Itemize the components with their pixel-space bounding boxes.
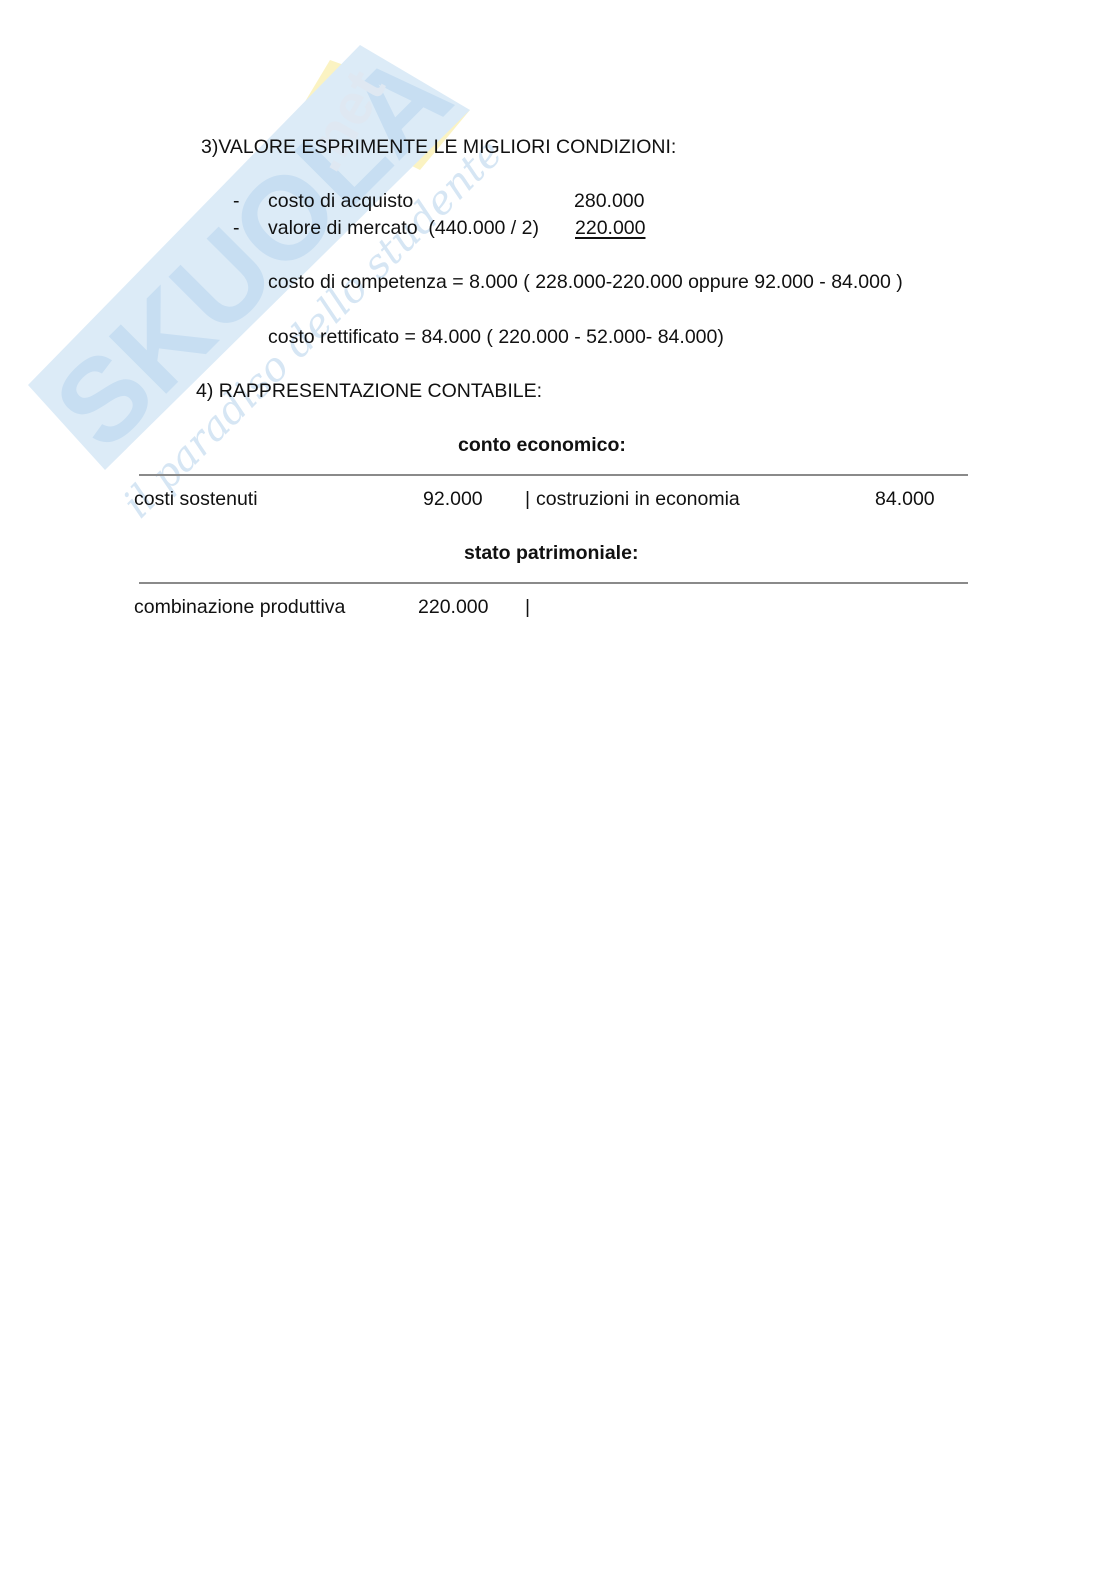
- sp-left-value: 220.000: [418, 596, 489, 618]
- conto-economico-rule: [139, 474, 968, 476]
- costo-rettificato-line: costo rettificato = 84.000 ( 220.000 - 5…: [268, 326, 724, 348]
- document-page: SKUOLA .net il paradiso dello studente 3…: [0, 0, 1118, 1579]
- skuola-watermark-logo: SKUOLA .net il paradiso dello studente: [0, 0, 520, 520]
- ce-left-label: costi sostenuti: [134, 488, 258, 510]
- stato-patrimoniale-rule: [139, 582, 968, 584]
- stato-patrimoniale-title: stato patrimoniale:: [464, 542, 638, 564]
- sp-left-label: combinazione produttiva: [134, 596, 345, 618]
- ce-right-label: costruzioni in economia: [536, 488, 740, 510]
- watermark-tld-text: .net: [290, 60, 398, 182]
- conto-economico-title: conto economico:: [458, 434, 626, 456]
- item-value-valore-mercato: 220.000: [575, 217, 646, 239]
- ce-left-value: 92.000: [423, 488, 483, 510]
- item-label-valore-mercato: valore di mercato (440.000 / 2): [268, 217, 539, 239]
- item-label-costo-acquisto: costo di acquisto: [268, 190, 413, 212]
- ce-separator: |: [525, 488, 530, 510]
- section3-heading: 3)VALORE ESPRIMENTE LE MIGLIORI CONDIZIO…: [201, 136, 676, 158]
- item-value-costo-acquisto: 280.000: [574, 190, 645, 212]
- sp-separator: |: [525, 596, 530, 618]
- list-bullet: -: [233, 190, 240, 212]
- costo-competenza-line: costo di competenza = 8.000 ( 228.000-22…: [268, 271, 903, 293]
- ce-right-value: 84.000: [875, 488, 935, 510]
- watermark-brand-text: SKUOLA: [30, 28, 476, 474]
- section4-heading: 4) RAPPRESENTAZIONE CONTABILE:: [196, 380, 542, 402]
- list-bullet: -: [233, 217, 240, 239]
- watermark-band: [28, 45, 470, 470]
